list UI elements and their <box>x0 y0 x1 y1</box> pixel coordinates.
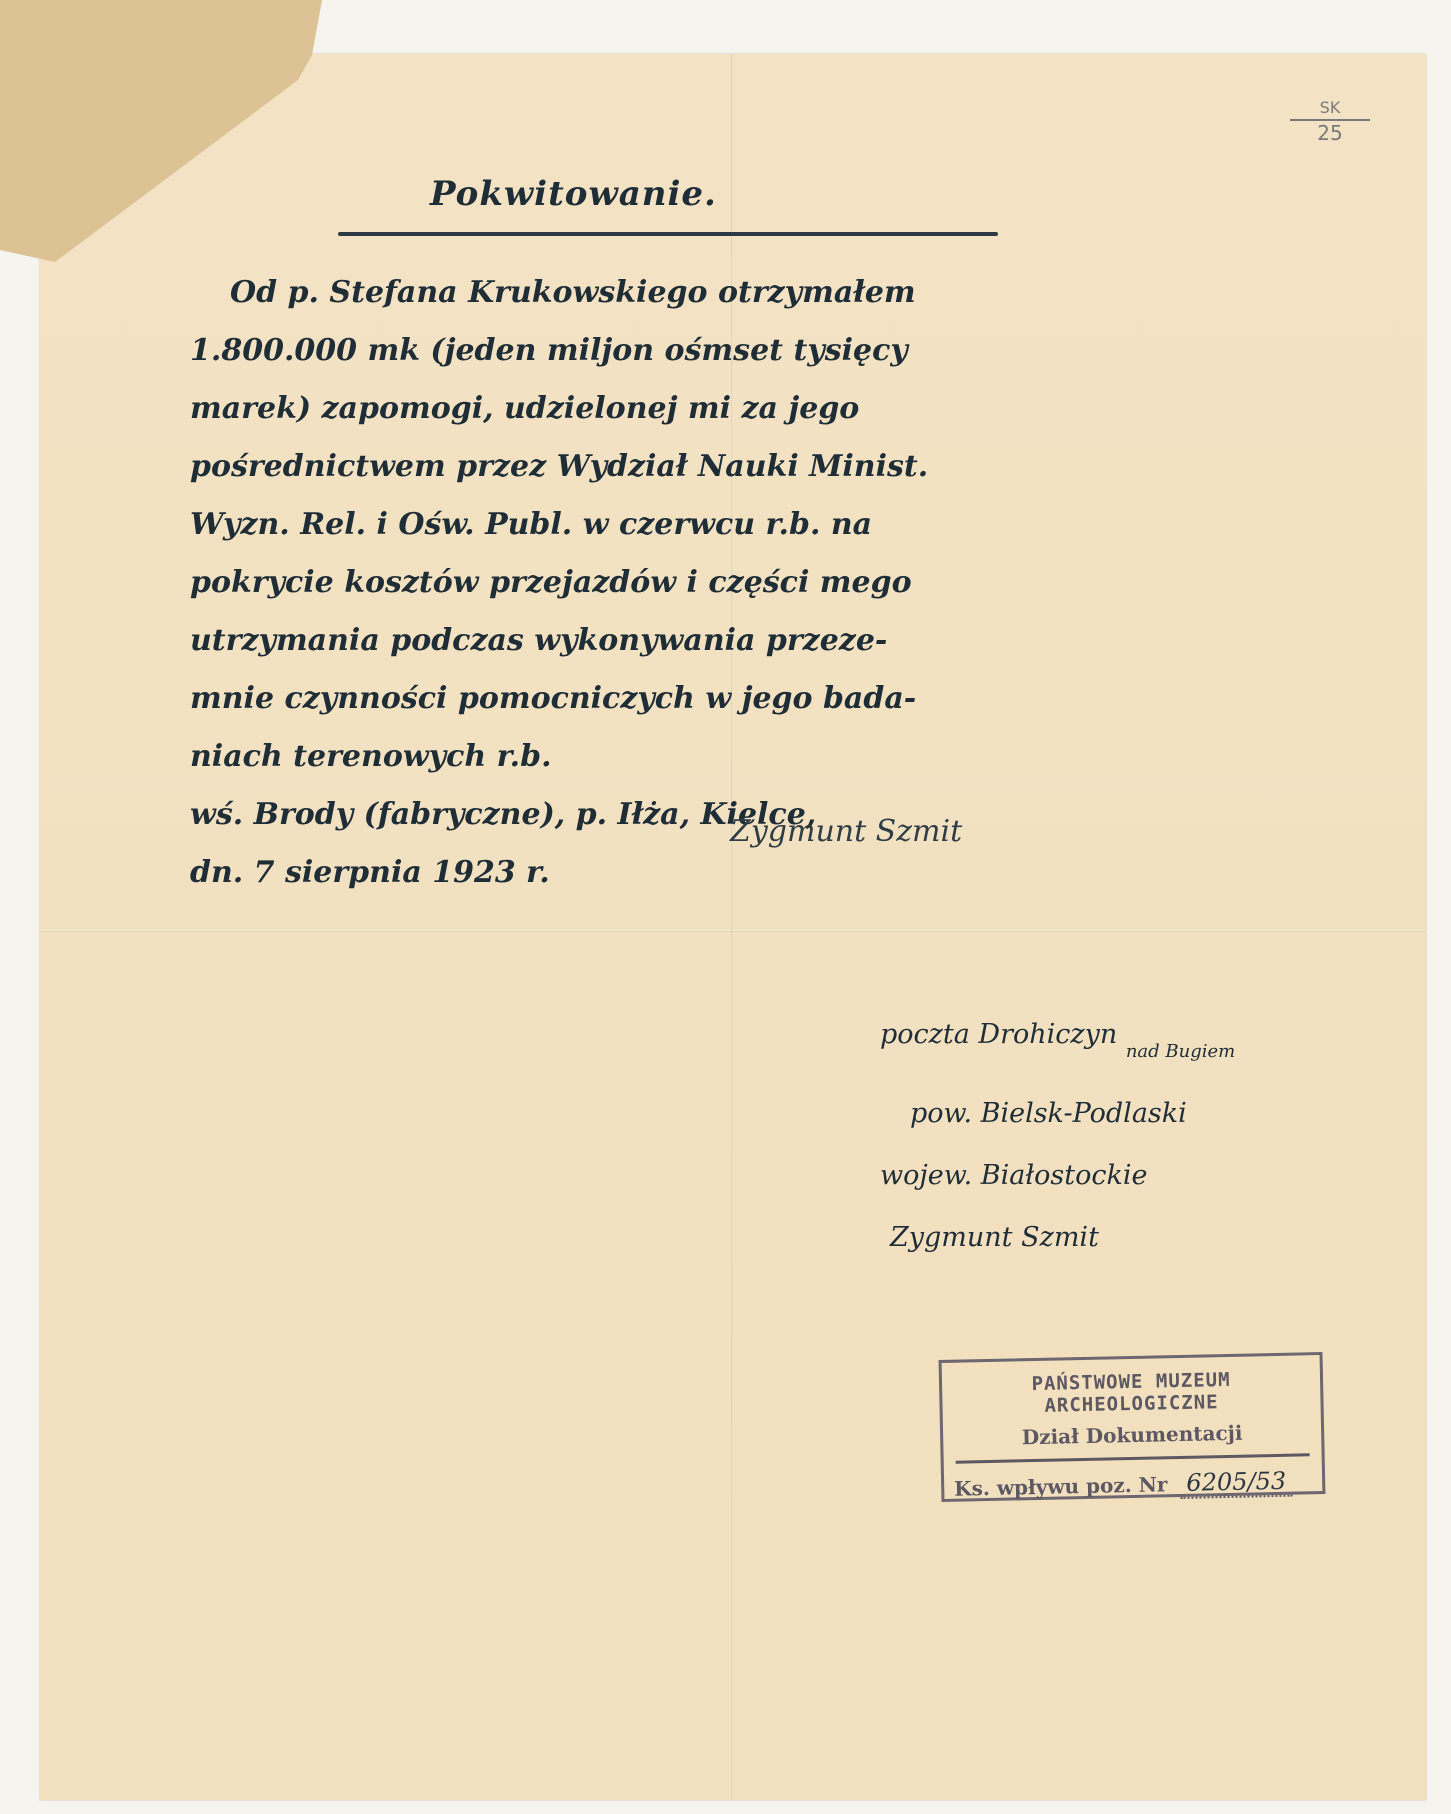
address-line-4: Zygmunt Szmit <box>880 1207 1235 1269</box>
body-line: pośrednictwem przez Wydział Nauki Minist… <box>190 438 1290 496</box>
pencil-note-bottom: 25 <box>1290 121 1370 145</box>
stamp-entry-label: Ks. wpływu poz. Nr <box>954 1472 1168 1500</box>
address-line-1: poczta Drohiczyn <box>880 1019 1117 1050</box>
address-line-1-small: nad Bugiem <box>1126 1041 1235 1062</box>
address-line-2: pow. Bielsk-Podlaski <box>880 1083 1235 1145</box>
signature: Zygmunt Szmit <box>730 814 962 849</box>
sender-address: poczta Drohiczyn nad Bugiem pow. Bielsk-… <box>880 1004 1235 1269</box>
receipt-body: Od p. Stefana Krukowskiego otrzymałem 1.… <box>190 264 1290 902</box>
horizontal-fold-line <box>40 930 1426 932</box>
address-line-3: wojew. Białostockie <box>880 1145 1235 1207</box>
body-line: niach terenowych r.b. <box>190 728 1290 786</box>
document-page: SK 25 Pokwitowanie. Od p. Stefana Krukow… <box>40 54 1426 1800</box>
pencil-note-top: SK <box>1290 98 1370 121</box>
body-line: pokrycie kosztów przejazdów i części meg… <box>190 554 1290 612</box>
body-line: utrzymania podczas wykonywania przeze- <box>190 612 1290 670</box>
body-line: Od p. Stefana Krukowskiego otrzymałem <box>190 264 1290 322</box>
body-line: 1.800.000 mk (jeden miljon ośmset tysięc… <box>190 322 1290 380</box>
museum-stamp: PAŃSTWOWE MUZEUM ARCHEOLOGICZNE Dział Do… <box>939 1352 1326 1502</box>
body-line: Wyzn. Rel. i Ośw. Publ. w czerwcu r.b. n… <box>190 496 1290 554</box>
body-line: mnie czynności pomocniczych w jego bada- <box>190 670 1290 728</box>
title-underline <box>338 232 998 236</box>
stamp-institution: PAŃSTWOWE MUZEUM ARCHEOLOGICZNE <box>942 1367 1321 1419</box>
document-title: Pokwitowanie. <box>430 174 717 214</box>
stamp-divider <box>956 1453 1310 1463</box>
date-line: dn. 7 sierpnia 1923 r. <box>190 844 1290 902</box>
stamp-department: Dział Dokumentacji <box>943 1419 1321 1451</box>
stamp-entry-number: 6205/53 <box>1180 1467 1292 1499</box>
stamp-entry-row: Ks. wpływu poz. Nr 6205/53 <box>944 1466 1323 1504</box>
body-line: marek) zapomogi, udzielonej mi za jego <box>190 380 1290 438</box>
pencil-archive-note: SK 25 <box>1290 98 1370 145</box>
